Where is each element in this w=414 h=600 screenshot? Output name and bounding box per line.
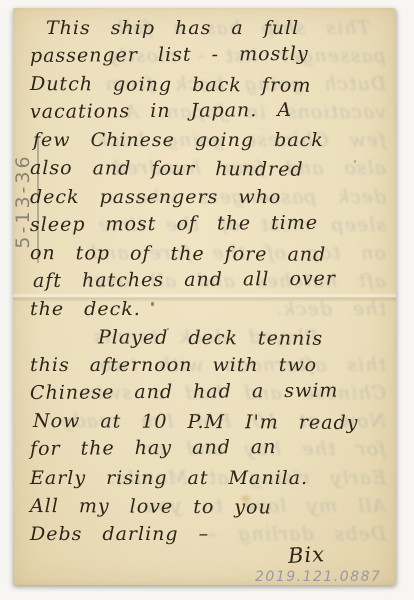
letter-body: This ship has a full passenger list - mo… [30, 14, 386, 548]
letter-line: Debs darling – [30, 520, 386, 548]
letter-line: deck passengers who [30, 183, 386, 211]
letter-page: This ship has a full passenger list - mo… [13, 8, 396, 585]
ink-speck [354, 160, 356, 163]
paper-stain [239, 494, 252, 503]
letter-line: also and four hundred [30, 154, 386, 184]
letter-line: All my love to you [30, 492, 386, 522]
signature: Bix [287, 542, 325, 568]
letter-line: few Chinese going back [33, 126, 386, 154]
ink-speck [167, 328, 169, 330]
letter-line: Chinese and had a swim [30, 376, 386, 407]
ink-speck [151, 302, 154, 306]
accession-number: 2019.121.0887 [255, 569, 381, 585]
letter-line: this afternoon with two [30, 351, 386, 379]
letter-line: vacations in Japan. A [30, 95, 386, 126]
letter-line: passenger list - mostly [30, 39, 386, 70]
letter-line: the deck. [30, 295, 386, 323]
letter-line: for the hay and an [30, 433, 386, 464]
letter-line: sleep most of the time [30, 208, 386, 239]
letter-line: aft hatches and all over [33, 264, 386, 295]
letter-line: Played deck tennis [30, 323, 386, 353]
letter-line: Early rising at Manila. [30, 464, 386, 492]
letter-line: This ship has a full [30, 14, 386, 42]
